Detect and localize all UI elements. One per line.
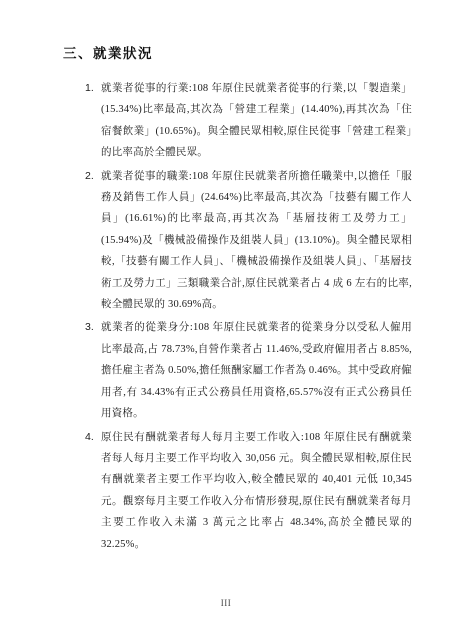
document-page: 三、就業狀況 1. 就業者從事的行業:108 年原住民就業者從事的行業,以「製造… [0,0,452,640]
list-item-number: 4. [85,427,101,448]
list-item: 2. 就業者從事的職業:108 年原住民就業者所擔任職業中,以擔任「服務及銷售工… [85,166,412,316]
document-content: 三、就業狀況 1. 就業者從事的行業:108 年原住民就業者從事的行業,以「製造… [63,42,412,557]
list-item-text: 就業者的從業身分:108 年原住民就業者的從業身分以受私人僱用比率最高,占 78… [101,317,412,424]
page-number: III [0,598,452,608]
list-item: 1. 就業者從事的行業:108 年原住民就業者從事的行業,以「製造業」(15.3… [85,78,412,164]
list-item-text: 就業者從事的行業:108 年原住民就業者從事的行業,以「製造業」(15.34%)… [101,78,412,164]
list-item-number: 1. [85,78,101,99]
list-item-number: 2. [85,166,101,187]
list-item-text: 就業者從事的職業:108 年原住民就業者所擔任職業中,以擔任「服務及銷售工作人員… [101,166,412,316]
section-heading: 三、就業狀況 [63,42,412,62]
list-item-number: 3. [85,317,101,338]
list-item-text: 原住民有酬就業者每人每月主要工作收入:108 年原住民有酬就業者每人每月主要工作… [101,427,412,555]
list-item: 4. 原住民有酬就業者每人每月主要工作收入:108 年原住民有酬就業者每人每月主… [85,427,412,555]
list-item: 3. 就業者的從業身分:108 年原住民就業者的從業身分以受私人僱用比率最高,占… [85,317,412,424]
numbered-list: 1. 就業者從事的行業:108 年原住民就業者從事的行業,以「製造業」(15.3… [85,78,412,555]
